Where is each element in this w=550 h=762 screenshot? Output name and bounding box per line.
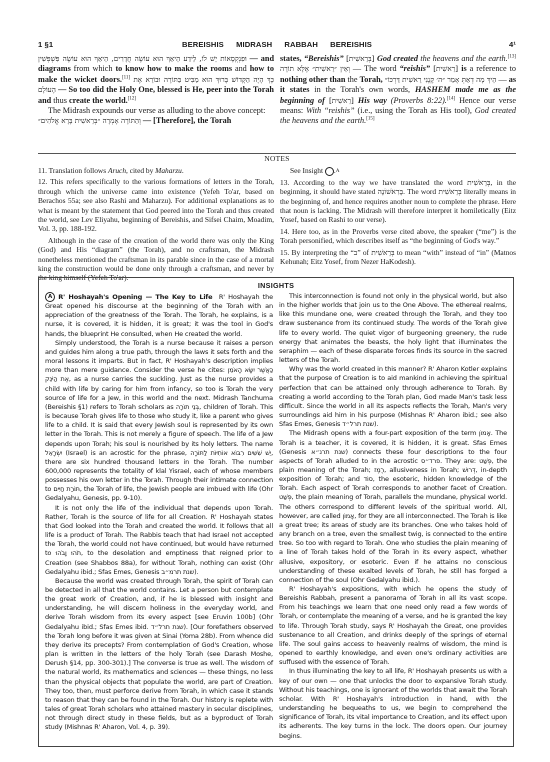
insight-a-marker-icon[interactable]: A <box>325 167 334 176</box>
bold-translation: states, <box>280 54 304 63</box>
bold-translation: nothing other than <box>280 75 345 84</box>
translation-text: and <box>232 64 250 73</box>
insight-paragraph: Why was the world created in this manner… <box>279 365 507 429</box>
translation-text: in the Torah's own words, <box>309 85 414 94</box>
bold-translation: create the world. <box>69 96 128 105</box>
notes-title: NOTES <box>38 154 516 163</box>
note-number: 12. <box>38 177 47 186</box>
notes-right-column: See Insight A. 13. According to the way … <box>280 166 516 285</box>
notes-left-column: 11. Translation follows Aruch, cited by … <box>38 166 274 285</box>
note-see-insight: See Insight A. <box>280 166 516 176</box>
insight-paragraph: A R' Hoshayah's Opening — The Key to Lif… <box>45 292 273 339</box>
insights-box: INSIGHTS A R' Hoshayah's Opening — The K… <box>38 277 514 747</box>
footnote-ref-14[interactable]: [14] <box>447 96 455 101</box>
note-text: By interpreting the “ב” of בְּרֵאשִׁית t… <box>280 248 516 266</box>
note-15: 15. By interpreting the “ב” of בְּרֵאשִׁ… <box>280 248 516 267</box>
running-title-main: MIDRASH RABBAH <box>236 40 318 49</box>
note-12: 12. This refers specifically to the vari… <box>38 177 274 233</box>
note-number: 14. <box>280 227 289 236</box>
note-number: 11. <box>38 166 47 175</box>
running-title-right: BEREISHIS <box>330 40 372 49</box>
translation-text: thus <box>51 96 69 105</box>
translation-text: the <box>345 75 359 84</box>
notes-section: 11. Translation follows Aruch, cited by … <box>38 166 516 285</box>
bold-translation: to know how to make the rooms <box>115 64 232 73</box>
bold-italic-translation: “Bereishis” <box>304 54 344 63</box>
insights-left-column: A R' Hoshayah's Opening — The Key to Lif… <box>45 292 273 741</box>
insight-paragraph: Because the world was created through To… <box>45 577 273 733</box>
main-paragraph: states, “Bereishis” [בְּרֵאשִׁית] God cr… <box>280 54 516 127</box>
insights-title: INSIGHTS <box>39 281 513 290</box>
insight-paragraph: R' Hoshayah's expositions, with which he… <box>279 585 507 667</box>
main-text-right-column: states, “Bereishis” [בְּרֵאשִׁית] God cr… <box>280 54 516 127</box>
note-text: . <box>182 166 184 175</box>
hebrew-text: וְאֵין ״רֵאשִׁית״ אֶלָּא תוֹרָה <box>280 64 350 73</box>
insight-paragraph: Simply understood, the Torah is a nurse … <box>45 339 273 504</box>
main-paragraph: The Midrash expounds our verse as alludi… <box>38 106 274 116</box>
insights-body: A R' Hoshayah's Opening — The Key to Lif… <box>45 292 507 741</box>
note-number: 13. <box>280 178 289 187</box>
insight-paragraph: The Midrash opens with a four-part expos… <box>279 429 507 585</box>
citation: (Proverbs 8:22). <box>387 96 447 105</box>
translation-text: — The word <box>350 64 400 73</box>
hebrew-text: וְהַתּוֹרָה אָמְרָה ״בְּרֵאשִׁית בָּרָא … <box>38 116 141 125</box>
note-14: 14. Here too, as in the Proverbs verse c… <box>280 227 516 246</box>
insight-paragraph: It is not only the life of the individua… <box>45 504 273 577</box>
note-text: This refers specifically to the various … <box>38 177 274 233</box>
bold-translation: — [Therefore], the Torah <box>141 116 231 125</box>
note-text: . <box>334 166 336 175</box>
translation-text: from which <box>71 64 116 73</box>
main-paragraph: וּפִנְקְסָאוֹת יֵשׁ לוֹ, לֵידַע הֵיאַךְ … <box>38 54 274 106</box>
hebrew-text: הֵיךְ מָה דְאַתְּ אָמַר ״ה׳ קָנָנִי רֵאש… <box>385 75 497 84</box>
insight-a-marker-icon: A <box>45 292 55 302</box>
main-text-left-column: וּפִנְקְסָאוֹת יֵשׁ לוֹ, לֵידַע הֵיאַךְ … <box>38 54 274 127</box>
bold-italic-translation: His way <box>358 96 387 105</box>
italic-translation: With “reishis” <box>306 106 355 115</box>
note-13: 13. According to the way we have transla… <box>280 178 516 225</box>
note-text: Here too, as in the Proverbs verse cited… <box>280 227 516 245</box>
bold-italic-translation: “reishis” <box>400 64 430 73</box>
footnote-ref-12[interactable]: [12] <box>128 96 136 101</box>
insight-paragraph: This interconnection is found not only i… <box>279 292 507 365</box>
hebrew-text: [בְּרֵאשִׁית] <box>344 54 377 63</box>
hebrew-text: וּפִנְקְסָאוֹת יֵשׁ לוֹ, לֵידַע הֵיאַךְ … <box>38 54 247 63</box>
hebrew-text: [רֵאשִׁית] <box>430 64 461 73</box>
footnote-ref-11[interactable]: [11] <box>122 75 130 80</box>
note-text: According to the way we have translated … <box>280 178 516 225</box>
running-head: 1 §1 BEREISHIS MIDRASH RABBAH BEREISHIS … <box>38 40 516 52</box>
note-number: 15. <box>280 248 289 257</box>
running-title-left: BEREISHIS <box>182 40 224 49</box>
insight-paragraph: In thus illuminating the key to all life… <box>279 667 507 740</box>
note-text: , cited by <box>126 166 155 175</box>
translation-text: (i.e., using the Torah as His tool), <box>355 106 475 115</box>
translation-text: a reference to <box>467 64 516 73</box>
note-citation: Aruch <box>108 166 126 175</box>
note-12-continued: Although in the case of the creation of … <box>38 236 274 283</box>
note-citation: Maharzu <box>155 166 182 175</box>
main-paragraph: וְהַתּוֹרָה אָמְרָה ״בְּרֵאשִׁית בָּרָא … <box>38 116 274 126</box>
note-text: See Insight <box>290 166 325 175</box>
insight-heading: R' Hoshayah's Opening — The Key to Life <box>58 293 212 301</box>
footnote-ref-15[interactable]: [15] <box>366 117 374 122</box>
bold-italic-translation: God created <box>377 54 418 63</box>
main-text: וּפִנְקְסָאוֹת יֵשׁ לוֹ, לֵידַע הֵיאַךְ … <box>38 54 516 127</box>
bold-translation: Torah, <box>360 75 383 84</box>
page-number: 4¹ <box>509 40 516 49</box>
note-text: Translation follows <box>47 166 108 175</box>
translation-text: — <box>496 75 508 84</box>
footnote-ref-13[interactable]: [13] <box>508 54 516 59</box>
insights-right-column: This interconnection is found not only i… <box>279 292 507 741</box>
hebrew-text: [רֵאשִׁית] <box>325 96 358 105</box>
running-title: BEREISHIS MIDRASH RABBAH BEREISHIS <box>38 40 516 49</box>
italic-translation: the heavens and the earth. <box>418 54 508 63</box>
note-11: 11. Translation follows Aruch, cited by … <box>38 166 274 175</box>
